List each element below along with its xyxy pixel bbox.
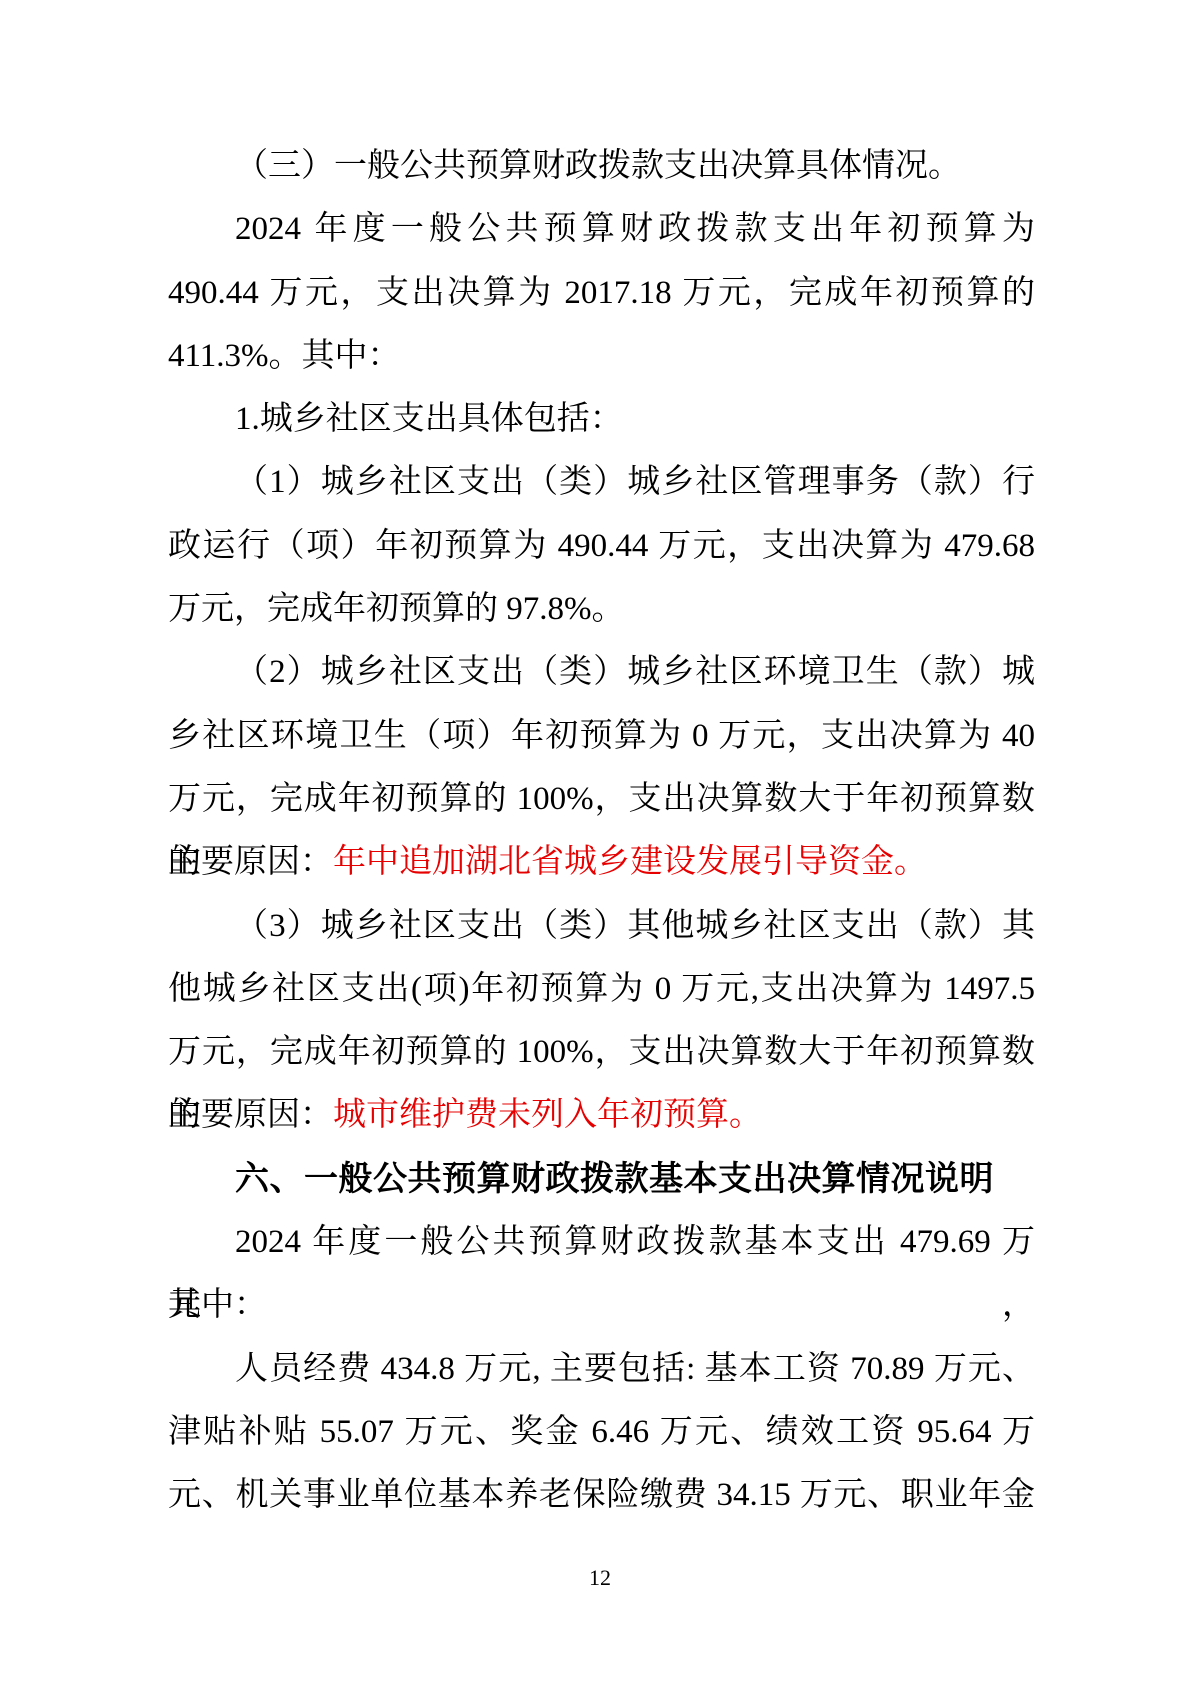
reason-text-red: 年中追加湖北省城乡建设发展引导资金。 xyxy=(333,844,927,880)
personnel-expense-line-2: 津贴补贴 55.07 万元、奖金 6.46 万元、绩效工资 95.64 万 xyxy=(168,1401,1035,1464)
overview-paragraph-line-3: 411.3%。其中： xyxy=(168,325,1035,388)
page-number: 12 xyxy=(0,1565,1200,1591)
item-3-line-3: 万元，完成年初预算的 100%，支出决算数大于年初预算数的 xyxy=(168,1021,1035,1084)
item-2-line-1: （2）城乡社区支出（类）城乡社区环境卫生（款）城 xyxy=(168,641,1035,704)
item-1-line-3: 万元，完成年初预算的 97.8%。 xyxy=(168,578,1035,641)
reason-label: 主要原因： xyxy=(168,844,333,880)
item-3-line-2: 他城乡社区支出(项)年初预算为 0 万元,支出决算为 1497.5 xyxy=(168,958,1035,1021)
document-body: （三）一般公共预算财政拨款支出决算具体情况。 2024 年度一般公共预算财政拨款… xyxy=(168,135,1035,1528)
personnel-expense-line-1: 人员经费 434.8 万元, 主要包括: 基本工资 70.89 万元、 xyxy=(168,1338,1035,1401)
personnel-expense-line-3: 元、机关事业单位基本养老保险缴费 34.15 万元、职业年金 xyxy=(168,1464,1035,1527)
document-page: （三）一般公共预算财政拨款支出决算具体情况。 2024 年度一般公共预算财政拨款… xyxy=(0,0,1200,1697)
section-heading-6: 六、一般公共预算财政拨款基本支出决算情况说明 xyxy=(168,1148,1035,1211)
overview-paragraph-line-1: 2024 年度一般公共预算财政拨款支出年初预算为 xyxy=(168,198,1035,261)
item-2-line-2: 乡社区环境卫生（项）年初预算为 0 万元，支出决算为 40 xyxy=(168,705,1035,768)
subsection-heading-3: （三）一般公共预算财政拨款支出决算具体情况。 xyxy=(168,135,1035,198)
item-1-line-2: 政运行（项）年初预算为 490.44 万元，支出决算为 479.68 xyxy=(168,515,1035,578)
item-2-reason-line: 主要原因：年中追加湖北省城乡建设发展引导资金。 xyxy=(168,831,1035,894)
item-3-line-1: （3）城乡社区支出（类）其他城乡社区支出（款）其 xyxy=(168,895,1035,958)
basic-expense-line-1: 2024 年度一般公共预算财政拨款基本支出 479.69 万元， xyxy=(168,1211,1035,1274)
item-2-line-3: 万元，完成年初预算的 100%，支出决算数大于年初预算数的 xyxy=(168,768,1035,831)
overview-paragraph-line-2: 490.44 万元，支出决算为 2017.18 万元，完成年初预算的 xyxy=(168,262,1035,325)
reason-text-red: 城市维护费未列入年初预算。 xyxy=(333,1097,762,1133)
reason-label: 主要原因： xyxy=(168,1097,333,1133)
item-3-reason-line: 主要原因：城市维护费未列入年初预算。 xyxy=(168,1084,1035,1147)
list-intro-line: 1.城乡社区支出具体包括： xyxy=(168,388,1035,451)
item-1-line-1: （1）城乡社区支出（类）城乡社区管理事务（款）行 xyxy=(168,451,1035,514)
